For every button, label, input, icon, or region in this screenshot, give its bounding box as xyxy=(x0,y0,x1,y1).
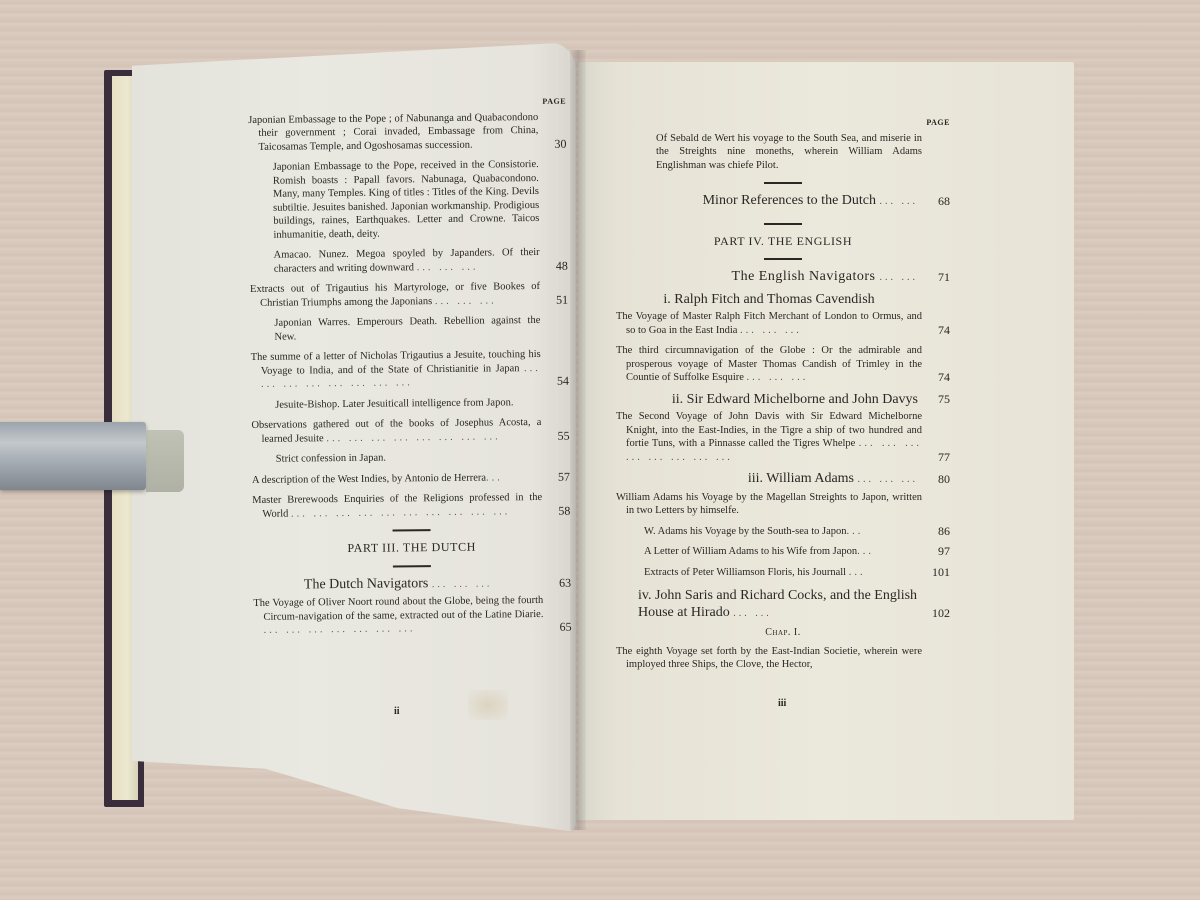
metal-page-clip xyxy=(0,422,146,490)
page-number: 74 xyxy=(922,371,950,385)
section-divider xyxy=(764,223,802,225)
page-column-label: PAGE xyxy=(248,95,566,112)
page-number: 97 xyxy=(922,545,950,559)
page-number: 48 xyxy=(540,259,568,273)
toc-subentry: A Letter of William Adams to his Wife fr… xyxy=(616,545,950,559)
page-number: 102 xyxy=(922,605,950,622)
left-page-toc: PAGE Japonian Embassage to the Pope ; of… xyxy=(248,95,572,645)
page-number: 80 xyxy=(922,473,950,487)
toc-entry: William Adams his Voyage by the Magellan… xyxy=(616,491,950,518)
toc-entry: The Second Voyage of John Davis with Sir… xyxy=(616,410,950,464)
section-heading: The Dutch Navigators ... ... ... 63 xyxy=(253,575,571,593)
page-number: 63 xyxy=(543,576,571,590)
page-number: 68 xyxy=(922,195,950,209)
section-divider xyxy=(393,565,431,567)
minor-references-heading: Minor References to the Dutch ... ... 68 xyxy=(616,194,950,209)
toc-subentry: Amacao. Nunez. Megoa spoyled by Japander… xyxy=(250,246,568,276)
toc-entry: The eighth Voyage set forth by the East-… xyxy=(616,645,950,672)
toc-entry: Of Sebald de Wert his voyage to the Sout… xyxy=(616,132,950,173)
page-number: 71 xyxy=(922,271,950,285)
page-number: 54 xyxy=(541,375,569,389)
page-number: 77 xyxy=(922,451,950,465)
page-number: 51 xyxy=(540,293,568,307)
section-divider xyxy=(764,182,802,184)
folio-left: ii xyxy=(394,706,400,717)
toc-subentry: Japonian Embassage to the Pope, received… xyxy=(249,158,568,242)
toc-subentry: Jesuite-Bishop. Later Jesuiticall intell… xyxy=(251,395,569,412)
page-stain xyxy=(468,690,508,720)
part-heading: PART IV. THE ENGLISH xyxy=(616,235,950,249)
part-heading: PART III. THE DUTCH xyxy=(253,540,571,557)
toc-entry: Observations gathered out of the books o… xyxy=(251,416,569,446)
toc-subentry: Japonian Warres. Emperours Death. Rebell… xyxy=(250,314,568,344)
book-gutter xyxy=(570,50,586,830)
toc-entry: Japonian Embassage to the Pope ; of Nabu… xyxy=(248,110,566,154)
subsection-heading: ii. Sir Edward Michelborne and John Davy… xyxy=(616,393,950,407)
page-number: 101 xyxy=(922,566,950,580)
toc-entry: A description of the West Indies, by Ant… xyxy=(252,470,570,487)
toc-entry: The Voyage of Oliver Noort round about t… xyxy=(253,594,571,638)
section-divider xyxy=(393,529,431,531)
page-number: 58 xyxy=(542,504,570,518)
page-number: 55 xyxy=(541,429,569,443)
page-number: 75 xyxy=(922,393,950,407)
toc-subentry: Extracts of Peter Williamson Floris, his… xyxy=(616,566,950,580)
toc-entry: The third circumnavigation of the Globe … xyxy=(616,344,950,385)
page-number: 86 xyxy=(922,525,950,539)
toc-entry: The Voyage of Master Ralph Fitch Merchan… xyxy=(616,310,950,337)
toc-subentry: W. Adams his Voyage by the South-sea to … xyxy=(616,525,950,539)
page-number: 57 xyxy=(542,470,570,484)
section-heading: The English Navigators ... ... 71 xyxy=(616,270,950,285)
toc-entry: The summe of a letter of Nicholas Trigau… xyxy=(251,348,569,392)
section-divider xyxy=(764,258,802,260)
page-column-label: PAGE xyxy=(616,116,950,130)
page-number: 74 xyxy=(922,324,950,338)
page-number: 65 xyxy=(543,621,571,635)
folio-right: iii xyxy=(778,698,786,709)
right-page-toc: PAGE Of Sebald de Wert his voyage to the… xyxy=(616,116,950,679)
chapter-label: Chap. I. xyxy=(616,626,950,640)
toc-subentry: Strict confession in Japan. xyxy=(252,450,570,467)
subsection-heading: iv. John Saris and Richard Cocks, and th… xyxy=(616,587,950,622)
toc-entry: Master Brerewoods Enquiries of the Relig… xyxy=(252,491,570,521)
page-number: 30 xyxy=(538,137,566,151)
toc-entry: Extracts out of Trigautius his Martyrolo… xyxy=(250,280,568,310)
metal-page-clip-tip xyxy=(146,430,184,492)
subsection-heading: iii. William Adams ... ... ... 80 xyxy=(616,472,950,487)
subsection-heading: i. Ralph Fitch and Thomas Cavendish xyxy=(616,293,950,307)
